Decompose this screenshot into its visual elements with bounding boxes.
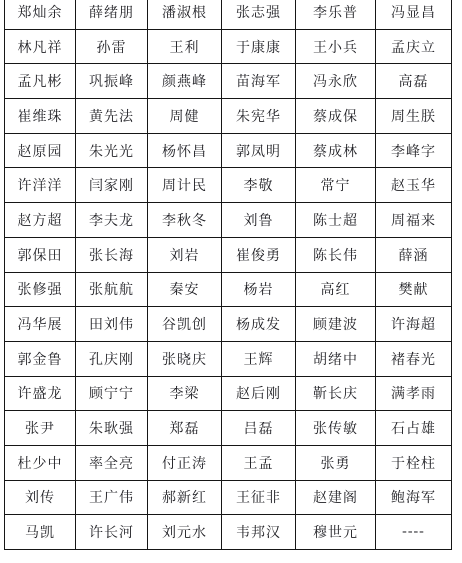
table-row: 林凡祥孙雷王利于康康王小兵孟庆立 xyxy=(5,29,452,64)
name-cell: 率全亮 xyxy=(76,445,148,480)
name-cell: 颜燕峰 xyxy=(148,64,222,99)
name-cell: 周福来 xyxy=(376,203,452,238)
name-cell: 苗海军 xyxy=(222,64,296,99)
name-cell: 许洋洋 xyxy=(5,168,76,203)
name-cell: 冯永欣 xyxy=(296,64,376,99)
name-cell: 张修强 xyxy=(5,272,76,307)
name-cell: 黄先法 xyxy=(76,99,148,134)
table-row: 赵方超李夫龙李秋冬刘鲁陈士超周福来 xyxy=(5,203,452,238)
name-cell: 顾建波 xyxy=(296,307,376,342)
name-cell: 陈长伟 xyxy=(296,237,376,272)
name-cell: 刘传 xyxy=(5,480,76,515)
name-cell: 王小兵 xyxy=(296,29,376,64)
name-cell: 赵后刚 xyxy=(222,376,296,411)
name-cell: ---- xyxy=(376,515,452,550)
name-cell: 郭保田 xyxy=(5,237,76,272)
name-cell: 刘鲁 xyxy=(222,203,296,238)
name-cell: 许海超 xyxy=(376,307,452,342)
name-cell: 李峰字 xyxy=(376,133,452,168)
name-cell: 秦安 xyxy=(148,272,222,307)
name-cell: 付正涛 xyxy=(148,445,222,480)
name-cell: 崔俊勇 xyxy=(222,237,296,272)
name-cell: 朱宪华 xyxy=(222,99,296,134)
name-cell: 闫家刚 xyxy=(76,168,148,203)
name-cell: 潘淑根 xyxy=(148,0,222,29)
name-cell: 吕磊 xyxy=(222,411,296,446)
name-cell: 林凡祥 xyxy=(5,29,76,64)
name-cell: 胡绪中 xyxy=(296,341,376,376)
name-cell: 薛涵 xyxy=(376,237,452,272)
name-cell: 孟凡彬 xyxy=(5,64,76,99)
name-cell: 郝新红 xyxy=(148,480,222,515)
table-row: 崔维珠黄先法周健朱宪华蔡成保周生朕 xyxy=(5,99,452,134)
table-row: 许盛龙顾宁宁李梁赵后刚靳长庆满孝雨 xyxy=(5,376,452,411)
name-cell: 杨岩 xyxy=(222,272,296,307)
name-cell: 孙雷 xyxy=(76,29,148,64)
name-cell: 巩振峰 xyxy=(76,64,148,99)
name-cell: 马凯 xyxy=(5,515,76,550)
table-row: 许洋洋闫家刚周计民李敬常宁赵玉华 xyxy=(5,168,452,203)
name-cell: 杨怀昌 xyxy=(148,133,222,168)
name-cell: 冯华展 xyxy=(5,307,76,342)
name-cell: 满孝雨 xyxy=(376,376,452,411)
name-cell: 郑磊 xyxy=(148,411,222,446)
name-cell: 赵玉华 xyxy=(376,168,452,203)
name-cell: 赵原园 xyxy=(5,133,76,168)
name-cell: 褚春光 xyxy=(376,341,452,376)
name-cell: 李敬 xyxy=(222,168,296,203)
name-cell: 崔维珠 xyxy=(5,99,76,134)
name-cell: 于康康 xyxy=(222,29,296,64)
table-row: 孟凡彬巩振峰颜燕峰苗海军冯永欣高磊 xyxy=(5,64,452,99)
name-cell: 张传敏 xyxy=(296,411,376,446)
name-cell: 高磊 xyxy=(376,64,452,99)
name-cell: 樊献 xyxy=(376,272,452,307)
name-cell: 朱光光 xyxy=(76,133,148,168)
name-cell: 张志强 xyxy=(222,0,296,29)
name-cell: 王孟 xyxy=(222,445,296,480)
table-row: 郭保田张长海刘岩崔俊勇陈长伟薛涵 xyxy=(5,237,452,272)
name-cell: 张长海 xyxy=(76,237,148,272)
name-cell: 蔡成林 xyxy=(296,133,376,168)
name-cell: 张晓庆 xyxy=(148,341,222,376)
name-cell: 王征非 xyxy=(222,480,296,515)
name-cell: 张尹 xyxy=(5,411,76,446)
name-cell: 王广伟 xyxy=(76,480,148,515)
table-row: 杜少中率全亮付正涛王孟张勇于栓柱 xyxy=(5,445,452,480)
name-cell: 王辉 xyxy=(222,341,296,376)
name-cell: 田刘伟 xyxy=(76,307,148,342)
name-cell: 杜少中 xyxy=(5,445,76,480)
name-cell: 朱耿强 xyxy=(76,411,148,446)
name-cell: 李梁 xyxy=(148,376,222,411)
name-cell: 许长河 xyxy=(76,515,148,550)
name-cell: 杨成发 xyxy=(222,307,296,342)
table-row: 赵原园朱光光杨怀昌郭凤明蔡成林李峰字 xyxy=(5,133,452,168)
name-cell: 孟庆立 xyxy=(376,29,452,64)
name-cell: 刘元水 xyxy=(148,515,222,550)
name-cell: 于栓柱 xyxy=(376,445,452,480)
table-row: 马凯许长河刘元水韦邦汉穆世元---- xyxy=(5,515,452,550)
name-cell: 李秋冬 xyxy=(148,203,222,238)
name-cell: 周健 xyxy=(148,99,222,134)
name-cell: 郭凤明 xyxy=(222,133,296,168)
table-row: 张修强张航航秦安杨岩高红樊献 xyxy=(5,272,452,307)
name-table-body: 郑灿余薛绪朋潘淑根张志强李乐普冯显昌林凡祥孙雷王利于康康王小兵孟庆立孟凡彬巩振峰… xyxy=(5,0,452,550)
name-cell: 刘岩 xyxy=(148,237,222,272)
name-cell: 蔡成保 xyxy=(296,99,376,134)
name-cell: 高红 xyxy=(296,272,376,307)
name-cell: 张航航 xyxy=(76,272,148,307)
name-cell: 李乐普 xyxy=(296,0,376,29)
name-cell: 孔庆刚 xyxy=(76,341,148,376)
name-cell: 王利 xyxy=(148,29,222,64)
name-cell: 韦邦汉 xyxy=(222,515,296,550)
name-cell: 穆世元 xyxy=(296,515,376,550)
name-cell: 赵方超 xyxy=(5,203,76,238)
name-cell: 李夫龙 xyxy=(76,203,148,238)
table-row: 郑灿余薛绪朋潘淑根张志强李乐普冯显昌 xyxy=(5,0,452,29)
name-cell: 薛绪朋 xyxy=(76,0,148,29)
name-cell: 周生朕 xyxy=(376,99,452,134)
name-table: 郑灿余薛绪朋潘淑根张志强李乐普冯显昌林凡祥孙雷王利于康康王小兵孟庆立孟凡彬巩振峰… xyxy=(4,0,452,550)
name-cell: 鲍海军 xyxy=(376,480,452,515)
table-row: 郭金鲁孔庆刚张晓庆王辉胡绪中褚春光 xyxy=(5,341,452,376)
table-row: 冯华展田刘伟谷凯创杨成发顾建波许海超 xyxy=(5,307,452,342)
name-cell: 赵建阁 xyxy=(296,480,376,515)
name-cell: 许盛龙 xyxy=(5,376,76,411)
name-cell: 顾宁宁 xyxy=(76,376,148,411)
name-cell: 靳长庆 xyxy=(296,376,376,411)
table-row: 张尹朱耿强郑磊吕磊张传敏石占雄 xyxy=(5,411,452,446)
name-cell: 谷凯创 xyxy=(148,307,222,342)
name-cell: 张勇 xyxy=(296,445,376,480)
name-cell: 周计民 xyxy=(148,168,222,203)
name-cell: 陈士超 xyxy=(296,203,376,238)
name-cell: 郑灿余 xyxy=(5,0,76,29)
table-row: 刘传王广伟郝新红王征非赵建阁鲍海军 xyxy=(5,480,452,515)
name-cell: 郭金鲁 xyxy=(5,341,76,376)
name-cell: 石占雄 xyxy=(376,411,452,446)
name-cell: 冯显昌 xyxy=(376,0,452,29)
name-cell: 常宁 xyxy=(296,168,376,203)
